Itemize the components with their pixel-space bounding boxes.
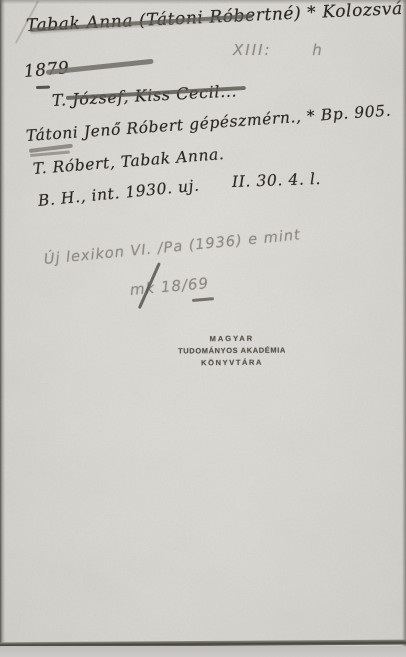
year-dash-mark xyxy=(36,86,50,89)
ink-note-volume-page: II. 30. 4. l. xyxy=(232,170,322,191)
accession-underline xyxy=(192,297,214,301)
library-stamp: MAGYAR TUDOMÁNYOS AKADÉMIA KÖNYVTÁRA xyxy=(157,332,307,369)
right-page-edge-shadow xyxy=(402,0,406,657)
pencil-accession-number: mk 18/69 xyxy=(129,274,210,299)
stamp-line-3: KÖNYVTÁRA xyxy=(157,356,307,369)
left-page-edge-shadow xyxy=(0,0,5,657)
stamp-line-2: TUDOMÁNYOS AKADÉMIA xyxy=(157,344,307,357)
top-page-edge-shadow xyxy=(0,0,406,4)
pencil-shelfmark: XIII: h xyxy=(233,41,324,59)
scanned-page: Tabak Anna (Tátoni Róbertné) * Kolozsvá … xyxy=(0,0,406,657)
scan-background-strip xyxy=(0,646,406,657)
ink-note-reference-2: T. Róbert, Tabak Anna. xyxy=(32,145,225,178)
ink-note-source-citation: B. H., int. 1930. uj. xyxy=(37,176,200,209)
pencil-lexikon-note: Új lexikon VI. /Pa (1936) e mint xyxy=(43,227,301,268)
